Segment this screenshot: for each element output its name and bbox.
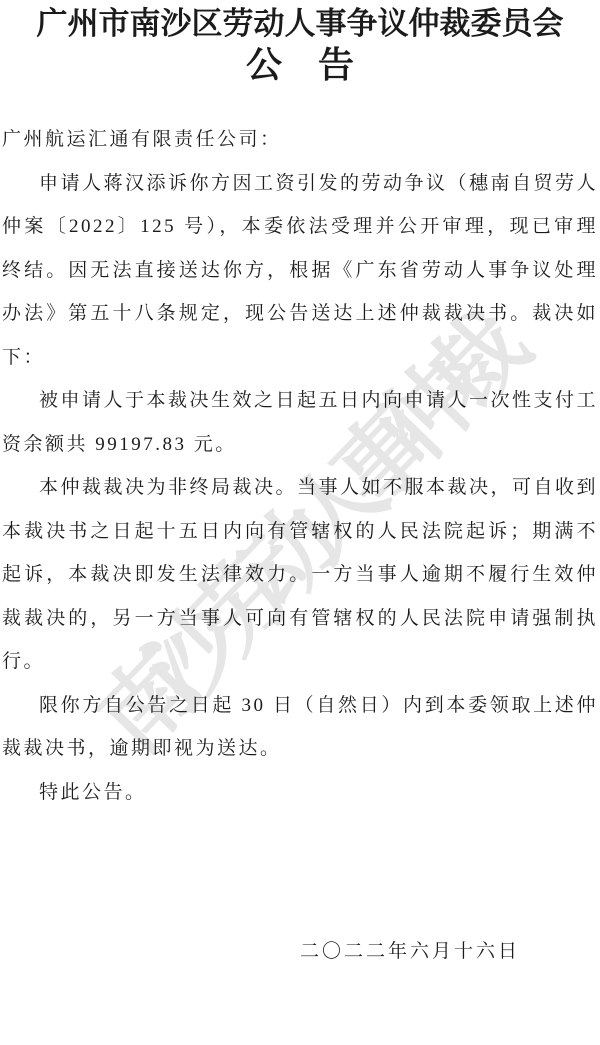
notice-document-page: 南沙劳动人事仲裁 广州市南沙区劳动人事争议仲裁委员会 公 告 广州航运汇通有限责… [0,0,600,1045]
addressee-line: 广州航运汇通有限责任公司： [2,118,598,162]
body-paragraph-case-summary: 申请人蒋汉添诉你方因工资引发的劳动争议（穗南自贸劳人仲案〔2022〕125 号）… [2,162,598,380]
notice-body: 广州航运汇通有限责任公司： 申请人蒋汉添诉你方因工资引发的劳动争议（穗南自贸劳人… [2,118,598,814]
body-paragraph-award-amount: 被申请人于本裁决生效之日起五日内向申请人一次性支付工资余额共 99197.83 … [2,379,598,466]
document-content: 广州市南沙区劳动人事争议仲裁委员会 公 告 广州航运汇通有限责任公司： 申请人蒋… [0,0,600,964]
issuing-authority-title: 广州市南沙区劳动人事争议仲裁委员会 [2,6,598,42]
body-paragraph-appeal-rights: 本仲裁裁决为非终局裁决。当事人如不服本裁决，可自收到本裁决书之日起十五日内向有管… [2,466,598,684]
date-line: 二〇二二年六月十六日 [2,940,598,964]
notice-heading: 公 告 [2,44,598,86]
body-paragraph-collection-deadline: 限你方自公告之日起 30 日（自然日）内到本委领取上述仲裁裁决书，逾期即视为送达… [2,684,598,771]
body-paragraph-closing: 特此公告。 [2,771,598,815]
